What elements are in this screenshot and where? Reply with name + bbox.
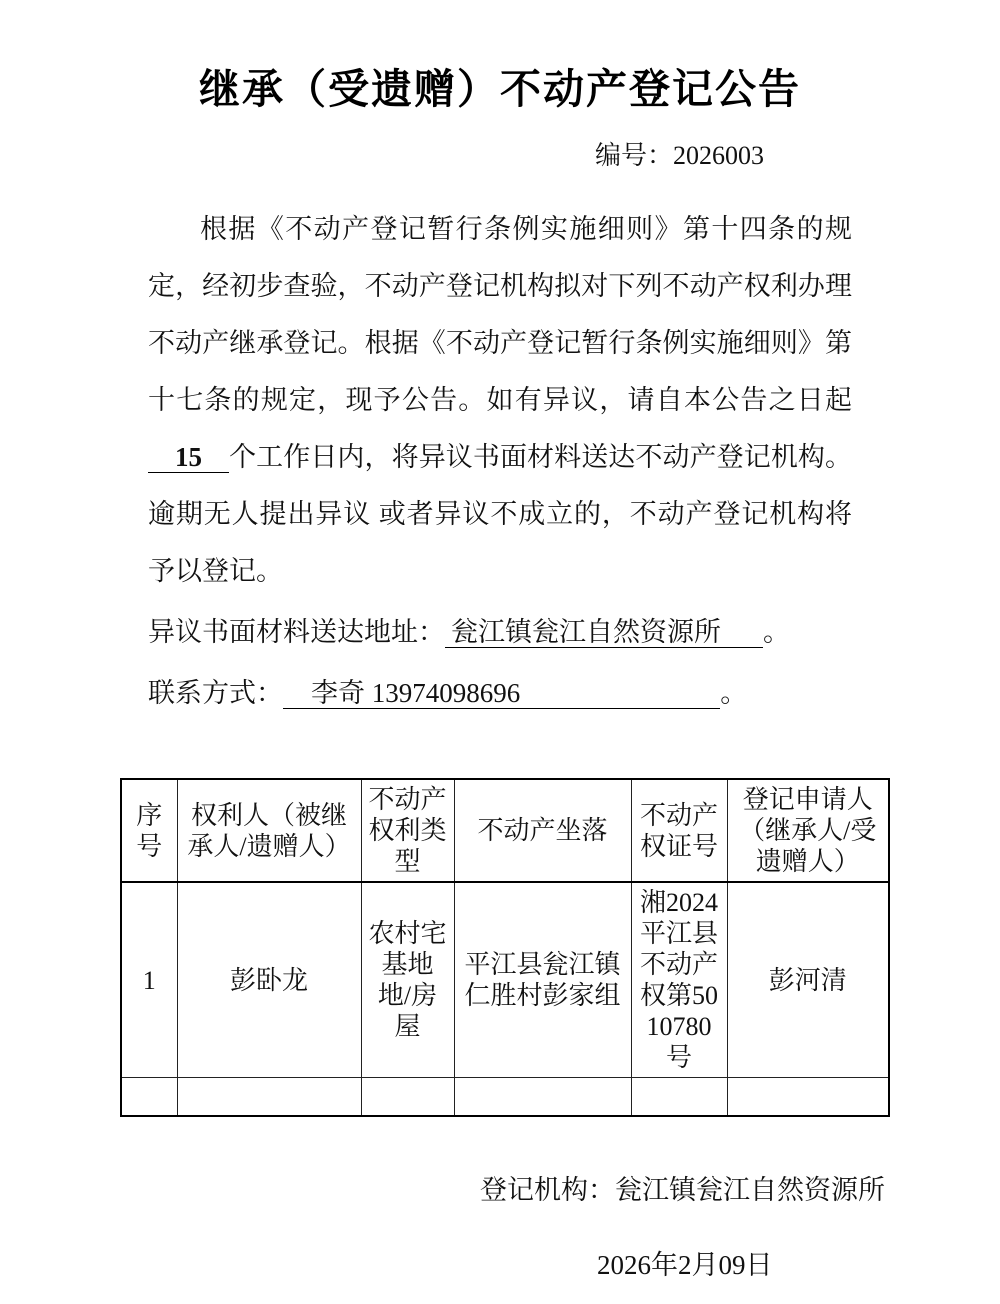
announcement-date: 2026年2月09日 <box>0 1250 1000 1280</box>
cell-location <box>454 1078 631 1116</box>
main-paragraph: 根据《不动产登记暂行条例实施细则》第十四条的规定，经初步查验，不动产登记机构拟对… <box>148 201 852 600</box>
header-holder: 权利人（被继承人/遗赠人） <box>177 779 361 882</box>
announcement-body: 根据《不动产登记暂行条例实施细则》第十四条的规定，经初步查验，不动产登记机构拟对… <box>0 201 1000 722</box>
cell-applicant: 彭河清 <box>727 882 889 1078</box>
page-title: 继承（受遗赠）不动产登记公告 <box>0 66 1000 113</box>
registration-agency: 登记机构：瓮江镇瓮江自然资源所 <box>0 1175 1000 1205</box>
address-value: 瓮江镇瓮江自然资源所 <box>445 617 763 648</box>
header-cert-no: 不动产权证号 <box>631 779 727 882</box>
cell-right-type <box>361 1078 454 1116</box>
cell-right-type: 农村宅基地地/房屋 <box>361 882 454 1078</box>
para-before-days: 根据《不动产登记暂行条例实施细则》第十四条的规定，经初步查验，不动产登记机构拟对… <box>148 214 852 415</box>
address-label: 异议书面材料送达地址： <box>148 617 445 647</box>
header-applicant: 登记申请人（继承人/受遗赠人） <box>727 779 889 882</box>
cell-location: 平江县瓮江镇仁胜村彭家组 <box>454 882 631 1078</box>
para-after-days: 个工作日内，将异议书面材料送达不动产登记机构。逾期无人提出异议 或者异议不成立的… <box>148 442 852 586</box>
document-page: 继承（受遗赠）不动产登记公告 编号：2026003 根据《不动产登记暂行条例实施… <box>0 0 1000 1304</box>
objection-days-value: 15 <box>148 442 229 473</box>
registration-table: 序号 权利人（被继承人/遗赠人） 不动产权利类型 不动产坐落 不动产权证号 登记… <box>120 778 890 1117</box>
contact-value: 李奇 13974098696 <box>283 678 720 709</box>
address-line: 异议书面材料送达地址：瓮江镇瓮江自然资源所。 <box>148 604 852 661</box>
table-header-row: 序号 权利人（被继承人/遗赠人） 不动产权利类型 不动产坐落 不动产权证号 登记… <box>121 779 889 882</box>
contact-line: 联系方式：李奇 13974098696。 <box>148 665 852 722</box>
cell-cert-no <box>631 1078 727 1116</box>
contact-label: 联系方式： <box>148 678 283 708</box>
header-seq: 序号 <box>121 779 177 882</box>
header-right-type: 不动产权利类型 <box>361 779 454 882</box>
cell-applicant <box>727 1078 889 1116</box>
cell-holder: 彭卧龙 <box>177 882 361 1078</box>
table-row-empty <box>121 1078 889 1116</box>
cell-holder <box>177 1078 361 1116</box>
address-period: 。 <box>763 617 790 647</box>
doc-number: 编号：2026003 <box>0 141 1000 171</box>
contact-period: 。 <box>720 678 747 708</box>
cell-seq <box>121 1078 177 1116</box>
cell-cert-no: 湘2024平江县不动产权第5010780号 <box>631 882 727 1078</box>
cell-seq: 1 <box>121 882 177 1078</box>
table-row: 1 彭卧龙 农村宅基地地/房屋 平江县瓮江镇仁胜村彭家组 湘2024平江县不动产… <box>121 882 889 1078</box>
header-location: 不动产坐落 <box>454 779 631 882</box>
